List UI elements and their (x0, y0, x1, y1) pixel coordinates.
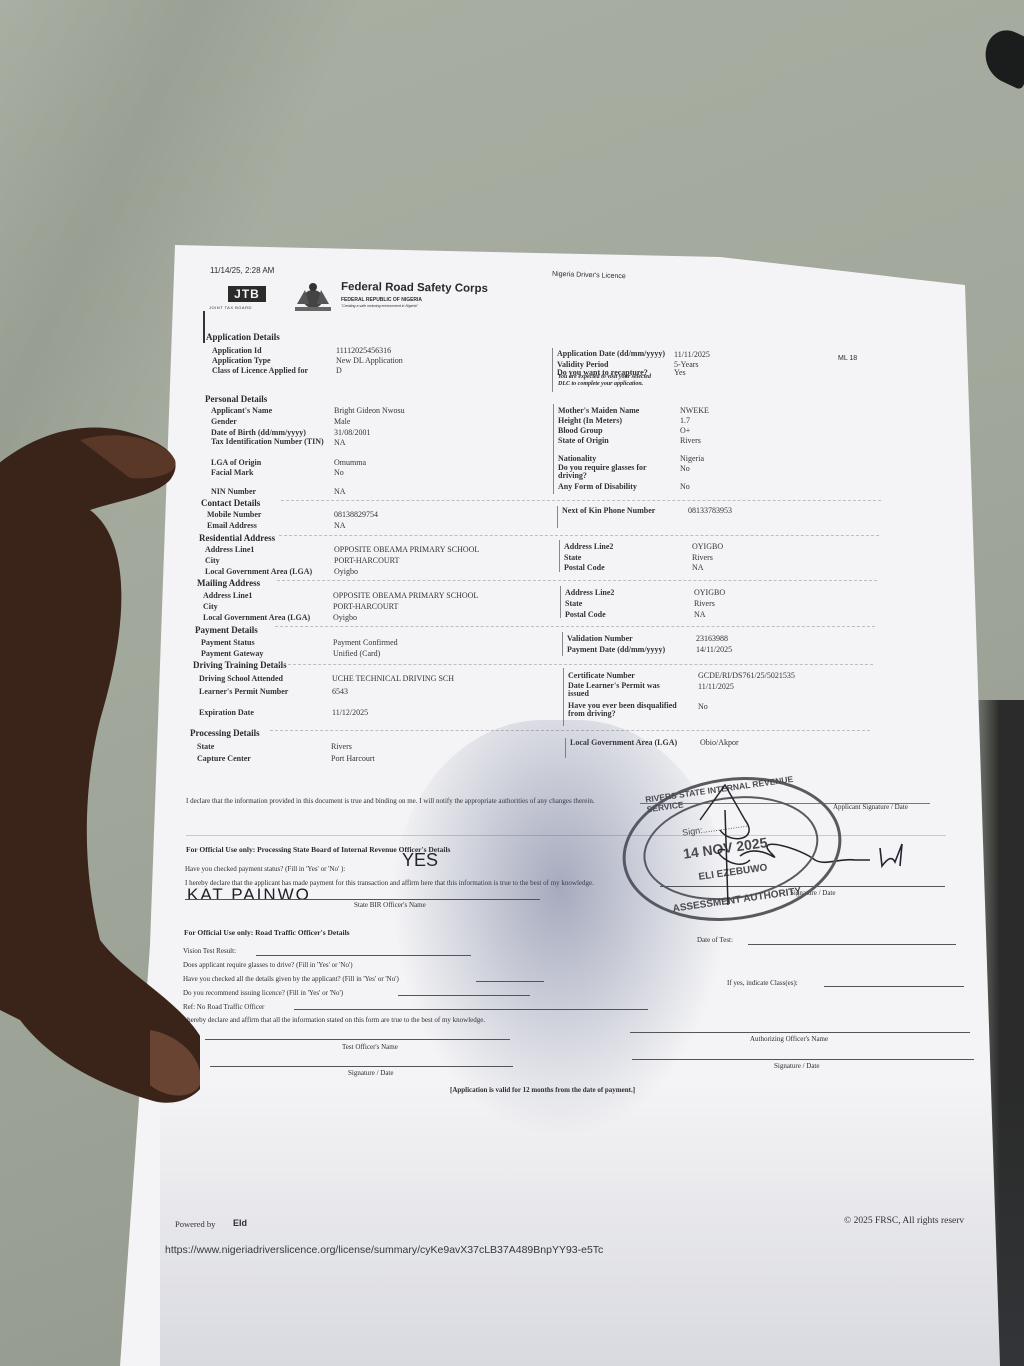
personal-field-label: Gender (211, 417, 237, 426)
training-field-value: UCHE TECHNICAL DRIVING SCH (332, 674, 454, 683)
training-field-label: Expiration Date (199, 708, 254, 717)
mailing-field-value: OYIGBO (694, 588, 725, 597)
personal-field-label: NIN Number (211, 487, 256, 496)
rto-recommend-question: Do you recommend issuing licence? (Fill … (183, 989, 343, 997)
residential-field-value: OYIGBO (692, 542, 723, 551)
rto-class-label: If yes, indicate Class(es): (727, 979, 798, 987)
jtb-caption: JOINT TAX BOARD (209, 305, 252, 310)
section-divider (273, 664, 873, 665)
payment-field-label: Payment Date (dd/mm/yyyy) (567, 645, 665, 654)
payment-field-value: Unified (Card) (333, 649, 380, 658)
processing-section-title: Processing Details (190, 728, 260, 738)
personal-field-label: Do you require glasses for driving? (558, 464, 670, 479)
personal-field-value: Rivers (680, 436, 701, 445)
training-field-value: 11/12/2025 (332, 708, 368, 717)
application-field-value: New DL Application (336, 356, 403, 365)
column-divider (560, 586, 561, 618)
contact-field-label: Mobile Number (207, 510, 261, 519)
residential-field-label: Address Line1 (205, 545, 254, 554)
section-divider (275, 626, 875, 627)
residential-field-label: Postal Code (564, 563, 605, 572)
payment-field-value: Payment Confirmed (333, 638, 398, 647)
section-divider (277, 580, 877, 581)
mailing-field-label: Address Line1 (203, 591, 252, 600)
application-field-label: Application Date (dd/mm/yyyy) (557, 350, 669, 358)
hand-holding-paper (0, 420, 200, 1110)
training-field-label: Driving School Attended (199, 674, 283, 683)
processing-field-value: Obio/Akpor (700, 738, 739, 747)
phone-shadow (390, 720, 730, 1140)
contact-field-label: Next of Kin Phone Number (562, 506, 655, 515)
training-field-label: Have you ever been disqualified from dri… (568, 702, 680, 717)
training-field-label: Learner's Permit Number (199, 687, 288, 696)
payment-field-value: 23163988 (696, 634, 728, 643)
rto-glasses-question: Does applicant require glasses to drive?… (183, 961, 353, 969)
column-divider (557, 506, 558, 528)
personal-field-label: Nationality (558, 454, 596, 463)
training-field-value: 6543 (332, 687, 348, 696)
section-divider (279, 535, 879, 536)
residential-field-label: Local Government Area (LGA) (205, 567, 312, 576)
authorizing-officer-signature-label: Signature / Date (774, 1062, 820, 1070)
contact-field-value: NA (334, 521, 346, 530)
payment-field-label: Payment Gateway (201, 649, 263, 658)
mailing-field-label: Address Line2 (565, 588, 614, 597)
test-officer-signature-label: Signature / Date (348, 1069, 394, 1077)
personal-field-label: Blood Group (558, 426, 603, 435)
personal-field-value: No (334, 468, 344, 477)
training-field-label: Certificate Number (568, 671, 635, 680)
residential-field-value: PORT-HARCOURT (334, 556, 399, 565)
document-title: Nigeria Driver's Licence (552, 271, 626, 281)
application-field-label: Application Type (212, 356, 271, 365)
residential-section-title: Residential Address (199, 533, 275, 543)
test-officer-name-label: Test Officer's Name (342, 1043, 398, 1051)
section-divider (281, 500, 881, 501)
column-divider (562, 632, 563, 656)
training-field-value: GCDE/RI/DS761/25/5021535 (698, 671, 795, 680)
application-field-label: Class of Licence Applied for (212, 366, 308, 375)
personal-field-value: Nigeria (680, 454, 704, 463)
application-field-value: 11/11/2025 (674, 350, 710, 359)
application-field-value: 11112025456316 (336, 346, 391, 355)
payment-field-label: Payment Status (201, 638, 255, 647)
mailing-field-value: Rivers (694, 599, 715, 608)
bir-officer-name-value[interactable]: KAT PAINWO (187, 885, 311, 905)
residential-field-value: Rivers (692, 553, 713, 562)
contact-section-title: Contact Details (201, 498, 260, 508)
personal-field-label: Tax Identification Number (TIN) (211, 438, 329, 445)
mailing-field-label: State (565, 599, 582, 608)
rto-date-of-test-field[interactable] (748, 944, 956, 945)
mailing-section-title: Mailing Address (197, 578, 260, 588)
org-name: Federal Road Safety Corps (341, 281, 488, 295)
personal-field-value: O+ (680, 426, 690, 435)
print-timestamp: 11/14/25, 2:28 AM (210, 266, 274, 275)
application-field-value: Yes (674, 368, 686, 377)
org-subtitle: FEDERAL REPUBLIC OF NIGERIA (341, 297, 422, 303)
residential-field-value: OPPOSITE OBEAMA PRIMARY SCHOOL (334, 545, 479, 554)
personal-field-value: NA (334, 487, 346, 496)
org-tagline: "Creating a safe motoring environment in… (341, 304, 418, 308)
rto-checked-question: Have you checked all the details given b… (183, 975, 399, 983)
application-section-title: Application Details (206, 332, 280, 342)
processing-field-value: Port Harcourt (331, 754, 375, 763)
mailing-field-value: NA (694, 610, 706, 619)
residential-field-label: Address Line2 (564, 542, 613, 551)
contact-field-label: Email Address (207, 521, 257, 530)
mailing-field-value: Oyigbo (333, 613, 357, 622)
personal-field-value: Bright Gideon Nwosu (334, 406, 405, 415)
contact-field-value: 08138829754 (334, 510, 378, 519)
personal-field-label: Applicant's Name (211, 406, 272, 415)
personal-field-label: Any Form of Disability (558, 482, 637, 491)
processing-field-value: Rivers (331, 742, 352, 751)
residential-field-label: State (564, 553, 581, 562)
section-marker (203, 311, 205, 343)
coat-of-arms-icon (293, 282, 333, 312)
personal-field-value: NWEKE (680, 406, 709, 415)
training-field-label: Date Learner's Permit was issued (568, 682, 680, 697)
personal-field-value: Male (334, 417, 350, 426)
payment-section-title: Payment Details (195, 625, 258, 635)
personal-field-label: LGA of Origin (211, 458, 261, 467)
personal-field-label: Facial Mark (211, 468, 253, 477)
residential-field-value: NA (692, 563, 704, 572)
recapture-note: You are expected to visit your selected … (558, 374, 658, 387)
personal-field-value: 1.7 (680, 416, 690, 425)
jtb-logo: JTB (228, 286, 266, 302)
mailing-field-label: Local Government Area (LGA) (203, 613, 310, 622)
column-divider (563, 668, 564, 726)
contact-field-value: 08133783953 (688, 506, 732, 515)
mailing-field-label: City (203, 602, 218, 611)
personal-field-value: NA (334, 438, 346, 447)
personal-field-label: Mother's Maiden Name (558, 406, 639, 415)
residential-field-label: City (205, 556, 220, 565)
personal-field-value: 31/08/2001 (334, 428, 370, 437)
reference-code: ML 18 (838, 355, 857, 362)
personal-field-label: Height (In Meters) (558, 416, 622, 425)
training-section-title: Driving Training Details (193, 660, 287, 670)
rto-section-title: For Official Use only: Road Traffic Offi… (184, 928, 350, 937)
processing-field-label: Capture Center (197, 754, 251, 763)
mailing-field-value: PORT-HARCOURT (333, 602, 398, 611)
personal-field-value: No (680, 482, 690, 491)
payment-field-label: Validation Number (567, 634, 633, 643)
training-field-value: 11/11/2025 (698, 682, 734, 691)
rto-class-field[interactable] (824, 986, 964, 987)
residential-field-value: Oyigbo (334, 567, 358, 576)
payment-field-value: 14/11/2025 (696, 645, 732, 654)
mailing-field-value: OPPOSITE OBEAMA PRIMARY SCHOOL (333, 591, 478, 600)
personal-section-title: Personal Details (205, 394, 267, 404)
personal-field-label: Date of Birth (dd/mm/yyyy) (211, 428, 306, 437)
authorizing-officer-name-label: Authorizing Officer's Name (750, 1035, 828, 1043)
personal-field-value: Omumma (334, 458, 366, 467)
application-field-value: D (336, 366, 342, 375)
bir-payment-question: Have you checked payment status? (Fill i… (185, 865, 345, 873)
application-field-label: Application Id (212, 346, 262, 355)
personal-field-value: No (680, 464, 690, 473)
training-field-value: No (698, 702, 708, 711)
column-divider (553, 404, 554, 494)
mailing-field-label: Postal Code (565, 610, 606, 619)
column-divider (552, 348, 553, 392)
lower-shadow (160, 1080, 1024, 1366)
applicant-signature-label: Applicant Signature / Date (833, 803, 908, 811)
personal-field-label: State of Origin (558, 436, 609, 445)
column-divider (559, 540, 560, 572)
